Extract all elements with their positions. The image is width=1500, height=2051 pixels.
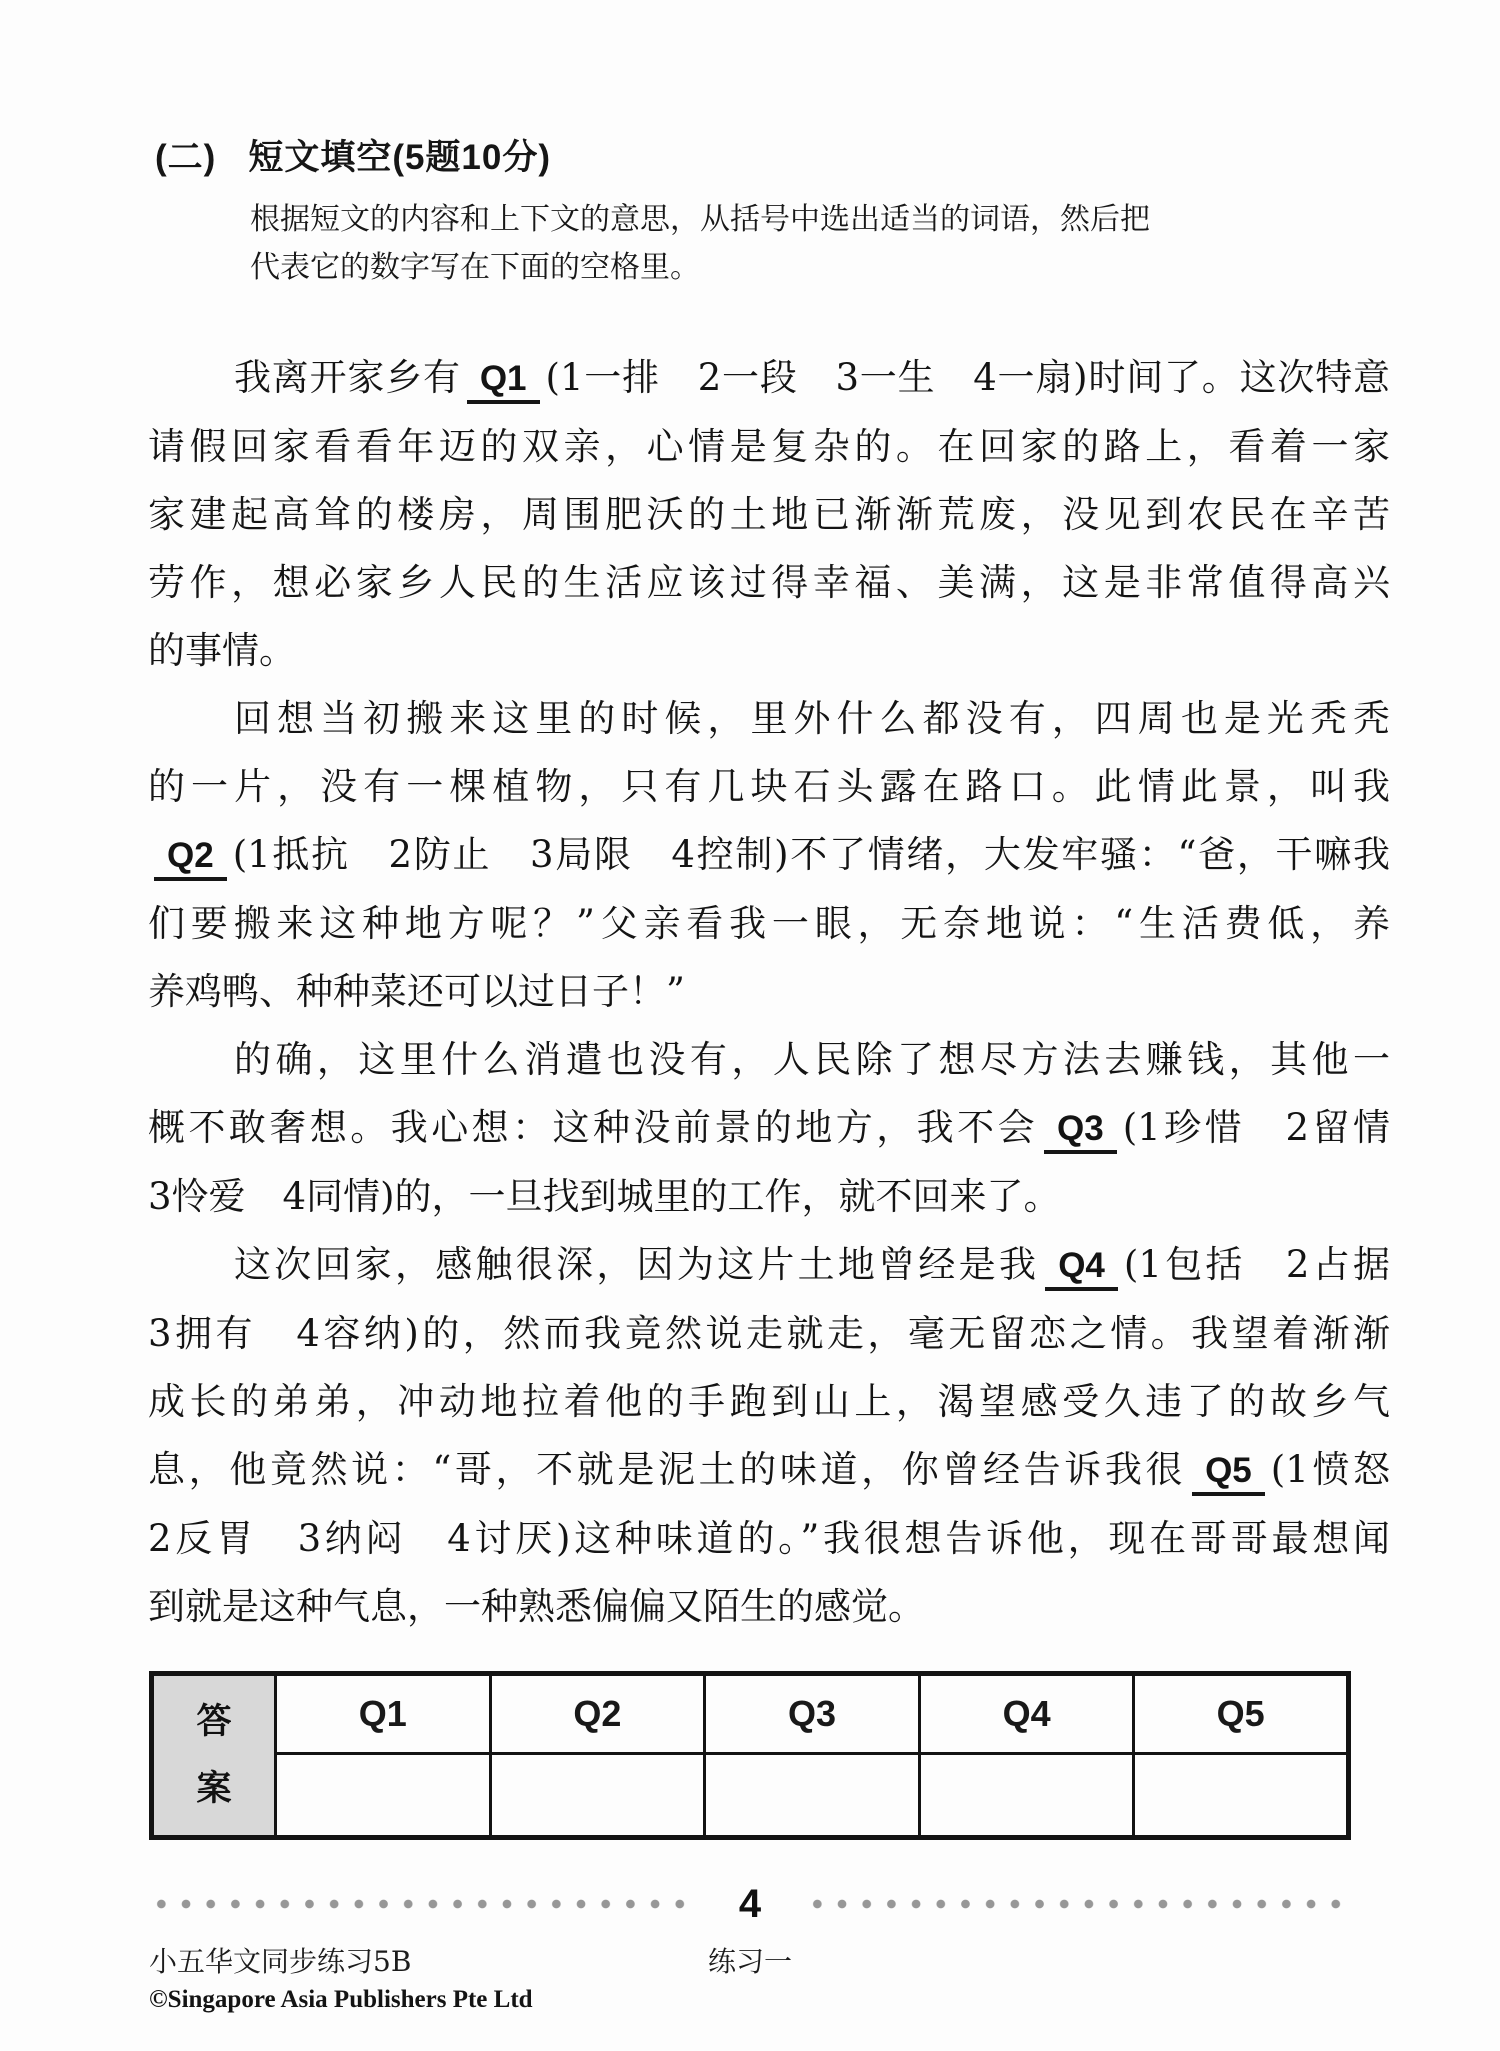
answer-cell-q3[interactable] (705, 1754, 920, 1838)
passage-line: 请假回家看看年迈的双亲，心情是复杂的。在回家的路上，看着一家 (148, 413, 1390, 481)
passage-text: (1愤怒 (1271, 1448, 1390, 1491)
passage-text: (1包括 2占据 (1124, 1243, 1390, 1286)
passage-text: 回想当初搬来这里的时候，里外什么都没有，四周也是光秃秃 (234, 697, 1390, 740)
passage-line: 到就是这种气息，一种熟悉偏偏又陌生的感觉。 (148, 1573, 1390, 1641)
answer-table: 答案 Q1Q2Q3Q4Q5 (149, 1671, 1351, 1840)
answer-cell-q2[interactable] (490, 1754, 705, 1838)
passage-text: 到就是这种气息，一种熟悉偏偏又陌生的感觉。 (148, 1585, 925, 1628)
passage-line: 3怜爱 4同情)的，一旦找到城里的工作，就不回来了。 (148, 1163, 1390, 1231)
answer-table-header-row: 答案 Q1Q2Q3Q4Q5 (152, 1674, 1349, 1754)
blank-q4: Q4 (1045, 1246, 1118, 1291)
answer-col-header-q2: Q2 (490, 1674, 705, 1754)
passage-line: 家建起高耸的楼房，周围肥沃的土地已渐渐荒废，没见到农民在辛苦 (148, 481, 1390, 549)
section-number: (二) (155, 130, 216, 180)
answer-col-header-q3: Q3 (705, 1674, 920, 1754)
copyright-line: ©Singapore Asia Publishers Pte Ltd (149, 1986, 1351, 2014)
page-footer: 4 小五华文同步练习5B 练习一 ©Singapore Asia Publish… (149, 1884, 1351, 2014)
passage-text: 这次回家，感触很深，因为这片土地曾经是我 (234, 1243, 1039, 1286)
section-title-text: 短文填空(5题10分) (248, 130, 551, 180)
passage-text: 的事情。 (148, 629, 296, 672)
passage-line: 的确，这里什么消遣也没有，人民除了想尽方法去赚钱，其他一 (148, 1026, 1390, 1094)
dotted-rule-right (805, 1898, 1351, 1910)
answer-cell-q4[interactable] (919, 1754, 1134, 1838)
worksheet-page: (二) 短文填空(5题10分) 根据短文的内容和上下文的意思，从括号中选出适当的… (0, 0, 1500, 2051)
passage-line: 们要搬来这种地方呢？”父亲看我一眼，无奈地说：“生活费低，养 (148, 890, 1390, 958)
page-number: 4 (739, 1884, 761, 1924)
passage-line: 成长的弟弟，冲动地拉着他的手跑到山上，渴望感受久违了的故乡气 (148, 1368, 1390, 1436)
answer-col-header-q4: Q4 (919, 1674, 1134, 1754)
passage-line: Q2(1抵抗 2防止 3局限 4控制)不了情绪，大发牢骚：“爸，干嘛我 (148, 821, 1390, 890)
passage-text: 的一片，没有一棵植物，只有几块石头露在路口。此情此景，叫我 (148, 765, 1390, 808)
instructions-line-2: 代表它的数字写在下面的空格里。 (250, 244, 1395, 292)
answer-col-header-q1: Q1 (276, 1674, 491, 1754)
passage-text: 概不敢奢想。我心想：这种没前景的地方，我不会 (148, 1106, 1038, 1149)
blank-q1: Q1 (467, 359, 540, 404)
blank-q2: Q2 (154, 836, 227, 881)
passage-text: (1一排 2一段 3一生 4一扇)时间了。这次特意 (546, 356, 1390, 399)
passage-line: 这次回家，感触很深，因为这片土地曾经是我Q4(1包括 2占据 (148, 1231, 1390, 1300)
passage-line: 3拥有 4容纳)的，然而我竟然说走就走，毫无留恋之情。我望着渐渐 (148, 1300, 1390, 1368)
passage-line: 劳作，想必家乡人民的生活应该过得幸福、美满，这是非常值得高兴 (148, 549, 1390, 617)
passage-text: 成长的弟弟，冲动地拉着他的手跑到山上，渴望感受久违了的故乡气 (148, 1380, 1390, 1423)
passage-text: 们要搬来这种地方呢？”父亲看我一眼，无奈地说：“生活费低，养 (148, 902, 1390, 945)
passage-line: 的事情。 (148, 617, 1390, 685)
answer-label: 答案 (195, 1689, 233, 1822)
passage-text: (1抵抗 2防止 3局限 4控制)不了情绪，大发牢骚：“爸，干嘛我 (233, 833, 1390, 876)
book-title: 小五华文同步练习5B (149, 1940, 708, 1980)
footer-meta-row: 小五华文同步练习5B 练习一 (149, 1940, 1351, 1980)
blank-q5: Q5 (1192, 1451, 1265, 1496)
answer-cell-q1[interactable] (276, 1754, 491, 1838)
passage-text: (1珍惜 2留情 (1123, 1106, 1390, 1149)
passage-text: 2反胃 3纳闷 4讨厌)这种味道的。”我很想告诉他，现在哥哥最想闻 (148, 1517, 1390, 1560)
passage-text: 请假回家看看年迈的双亲，心情是复杂的。在回家的路上，看着一家 (148, 425, 1390, 468)
instructions: 根据短文的内容和上下文的意思，从括号中选出适当的词语，然后把 代表它的数字写在下… (250, 196, 1395, 292)
passage-line: 息，他竟然说：“哥，不就是泥土的味道，你曾经告诉我很Q5(1愤怒 (148, 1436, 1390, 1505)
section-title: (二) 短文填空(5题10分) (155, 130, 1500, 180)
passage-text: 3拥有 4容纳)的，然而我竟然说走就走，毫无留恋之情。我望着渐渐 (148, 1312, 1390, 1355)
passage-text: 养鸡鸭、种种菜还可以过日子！” (148, 970, 685, 1013)
answer-col-header-q5: Q5 (1134, 1674, 1349, 1754)
passage-line: 我离开家乡有Q1(1一排 2一段 3一生 4一扇)时间了。这次特意 (148, 344, 1390, 413)
passage-line: 2反胃 3纳闷 4讨厌)这种味道的。”我很想告诉他，现在哥哥最想闻 (148, 1505, 1390, 1573)
passage-line: 养鸡鸭、种种菜还可以过日子！” (148, 958, 1390, 1026)
passage-text: 3怜爱 4同情)的，一旦找到城里的工作，就不回来了。 (148, 1175, 1061, 1218)
footer-rule: 4 (149, 1884, 1351, 1924)
blank-q3: Q3 (1044, 1109, 1117, 1154)
passage-line: 的一片，没有一棵植物，只有几块石头露在路口。此情此景，叫我 (148, 753, 1390, 821)
instructions-line-1: 根据短文的内容和上下文的意思，从括号中选出适当的词语，然后把 (250, 196, 1395, 244)
passage-line: 概不敢奢想。我心想：这种没前景的地方，我不会Q3(1珍惜 2留情 (148, 1094, 1390, 1163)
passage-text: 的确，这里什么消遣也没有，人民除了想尽方法去赚钱，其他一 (234, 1038, 1390, 1081)
passage-text: 我离开家乡有 (234, 356, 461, 399)
answer-label-cell: 答案 (152, 1674, 276, 1838)
passage-text: 息，他竟然说：“哥，不就是泥土的味道，你曾经告诉我很 (148, 1448, 1186, 1491)
answer-cell-q5[interactable] (1134, 1754, 1349, 1838)
answer-table-input-row (152, 1754, 1349, 1838)
passage-text: 劳作，想必家乡人民的生活应该过得幸福、美满，这是非常值得高兴 (148, 561, 1390, 604)
passage: 我离开家乡有Q1(1一排 2一段 3一生 4一扇)时间了。这次特意请假回家看看年… (148, 344, 1390, 1641)
dotted-rule-left (149, 1898, 695, 1910)
passage-line: 回想当初搬来这里的时候，里外什么都没有，四周也是光秃秃 (148, 685, 1390, 753)
exercise-label: 练习一 (708, 1940, 792, 1980)
passage-text: 家建起高耸的楼房，周围肥沃的土地已渐渐荒废，没见到农民在辛苦 (148, 493, 1390, 536)
